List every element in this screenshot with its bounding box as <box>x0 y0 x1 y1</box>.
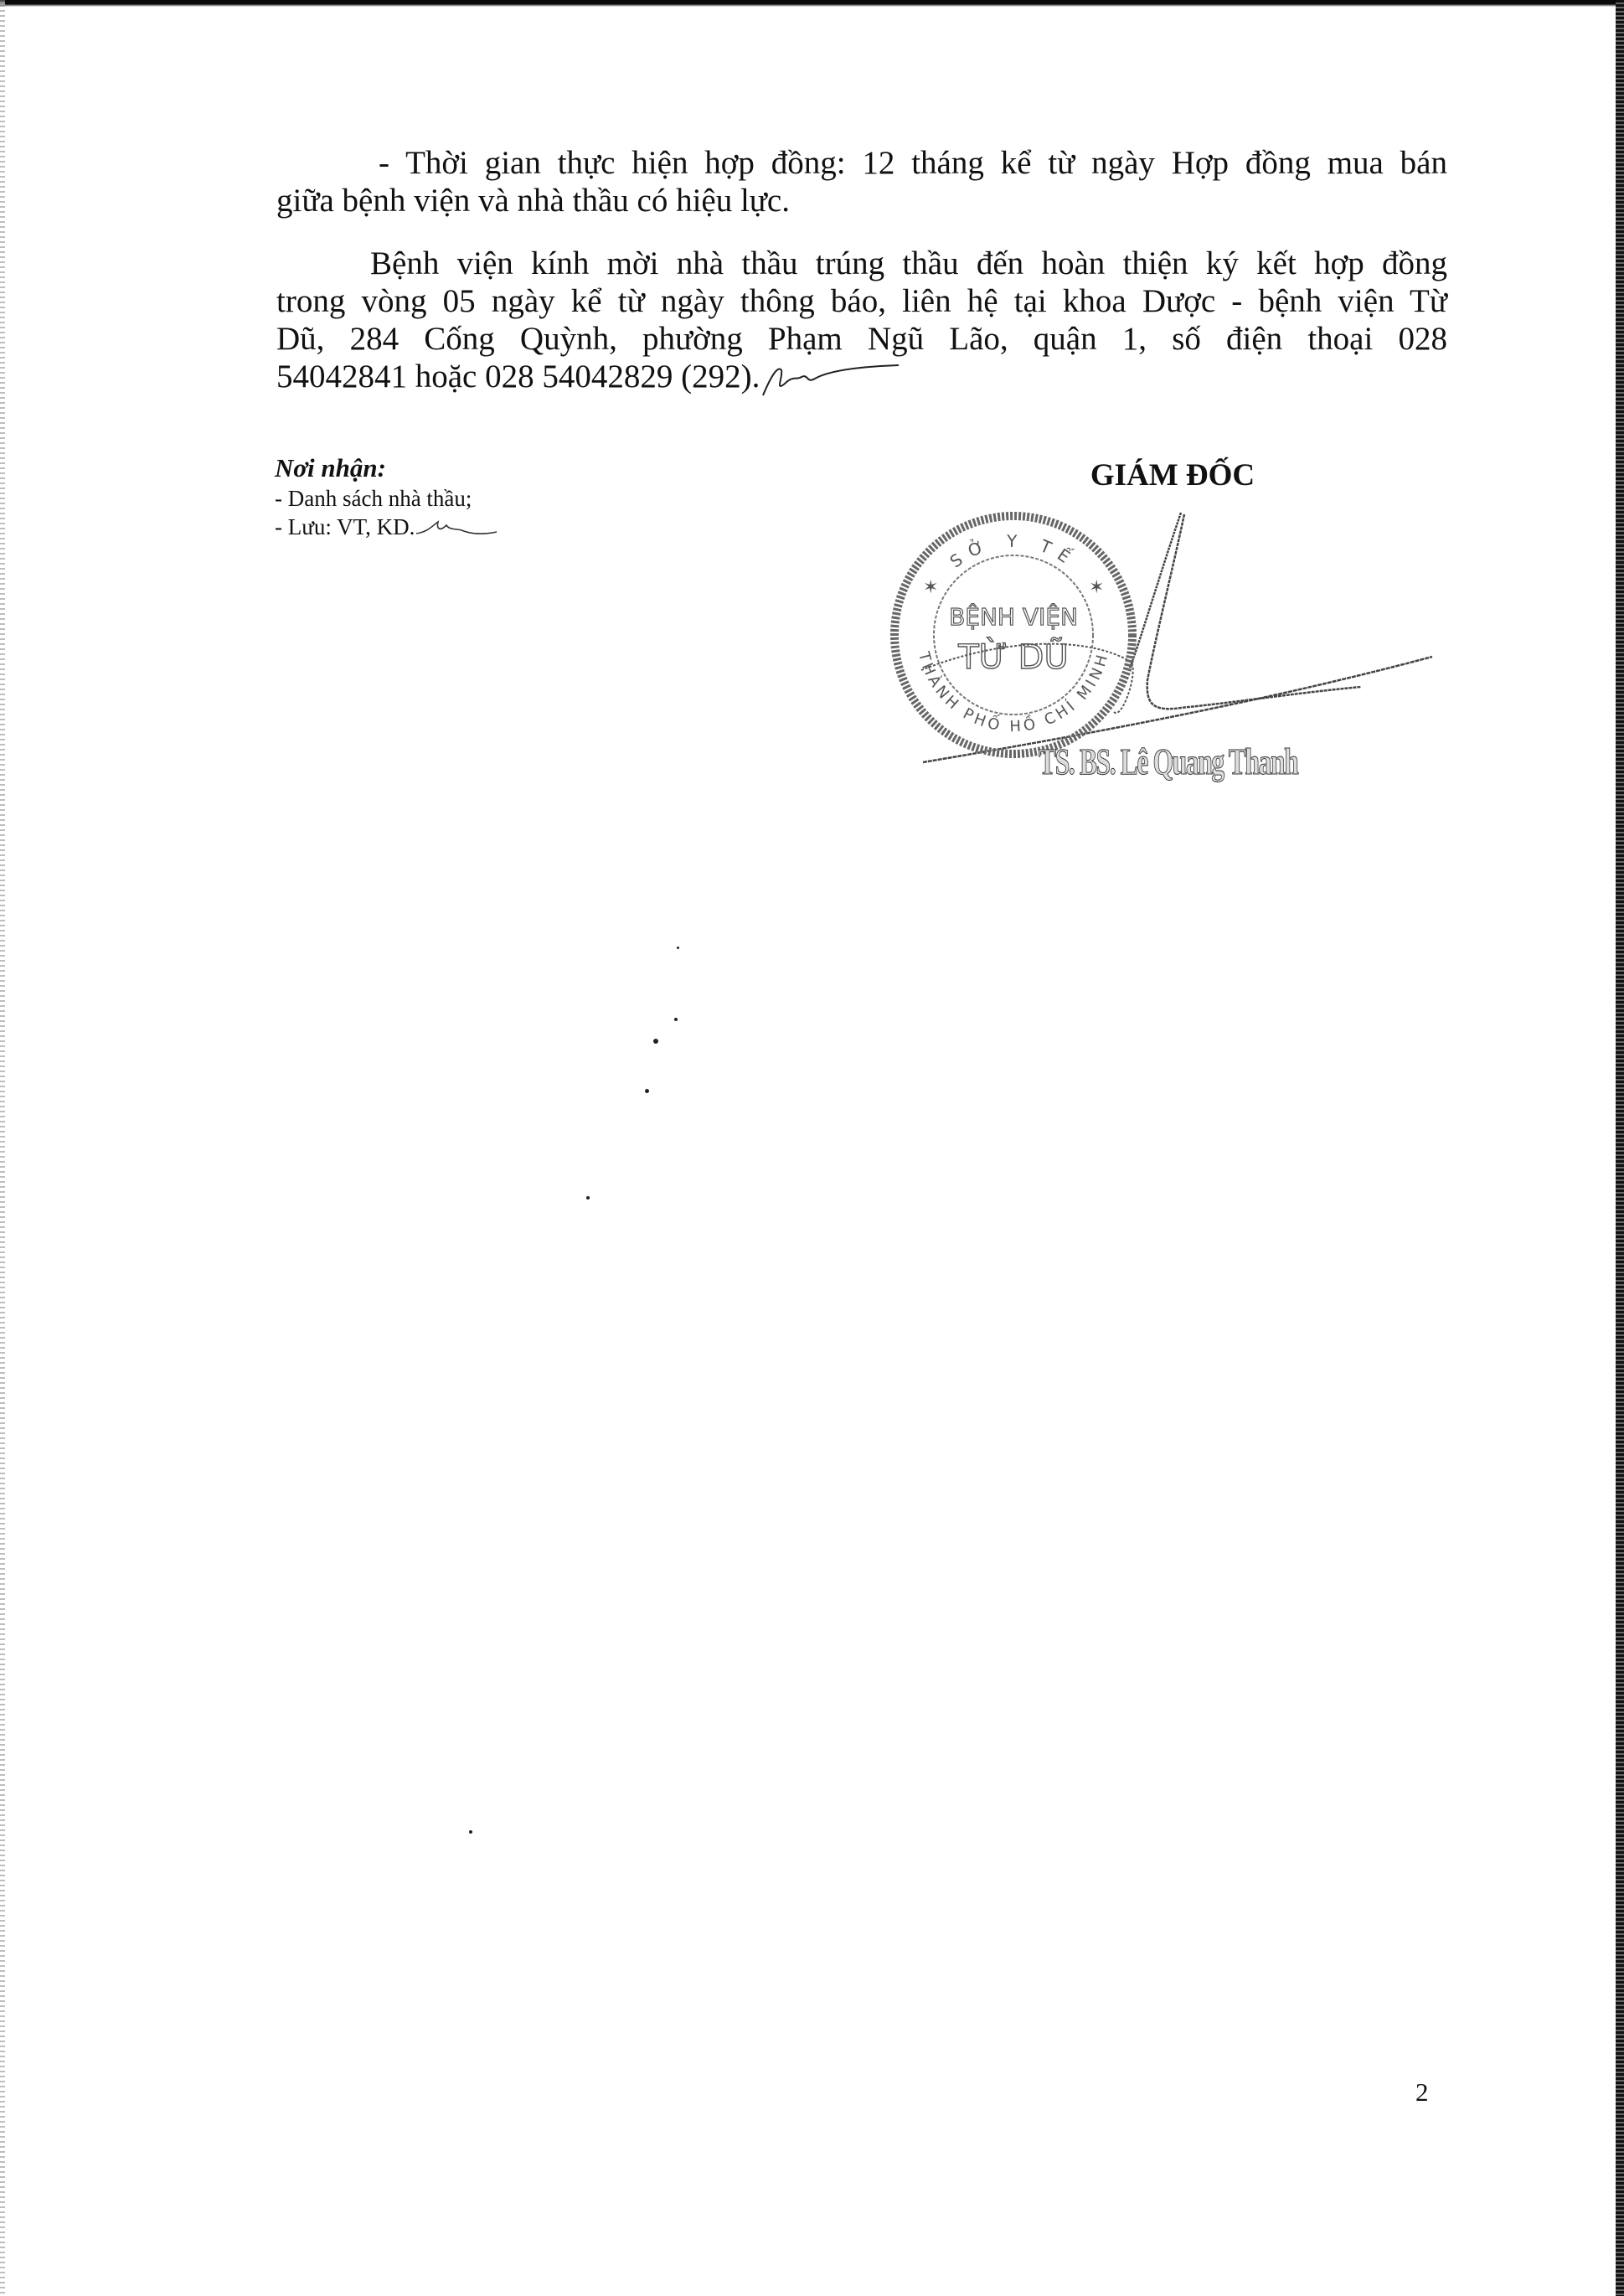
page-number: 2 <box>1415 2077 1429 2108</box>
svg-text:BỆNH VIỆN: BỆNH VIỆN <box>949 602 1078 631</box>
scan-border-top <box>0 0 1624 7</box>
svg-text:SỞ Y TẾ: SỞ Y TẾ <box>946 531 1081 572</box>
invitation-paragraph: Bệnh viện kính mời nhà thầu trúng thầu đ… <box>276 245 1447 400</box>
scan-border-left <box>0 0 5 2296</box>
invitation-line-2: trong vòng 05 ngày kể từ ngày thông báo,… <box>276 282 1447 320</box>
recipients-title: Nơi nhận: <box>275 452 498 484</box>
recipient-item: - Lưu: VT, KD. <box>275 514 415 539</box>
contract-period-line-2: giữa bệnh viện và nhà thầu có hiệu lực. <box>276 182 1447 219</box>
recipients-block: Nơi nhận: - Danh sách nhà thầu; - Lưu: V… <box>275 452 498 542</box>
recipient-item-wrap: - Lưu: VT, KD. <box>275 513 498 542</box>
invitation-line-1: Bệnh viện kính mời nhà thầu trúng thầu đ… <box>276 245 1447 282</box>
signer-name: TS. BS. Lê Quang Thanh <box>1039 740 1297 783</box>
invitation-line-3: Dũ, 284 Cống Quỳnh, phường Phạm Ngũ Lão,… <box>276 320 1447 358</box>
hospital-seal-icon: SỞ Y TẾ THÀNH PHỐ HỒ CHÍ MINH ✶ ✶ BỆNH V… <box>888 509 1139 761</box>
invitation-line-4: 54042841 hoặc 028 54042829 (292). <box>276 359 760 395</box>
scan-speck <box>645 1089 649 1093</box>
recipient-item: - Danh sách nhà thầu; <box>275 484 498 513</box>
scan-speck <box>677 947 679 949</box>
initials-mark-icon <box>415 517 498 542</box>
scan-speck <box>653 1039 658 1044</box>
invitation-line-4-wrap: 54042841 hoặc 028 54042829 (292). <box>276 358 1447 400</box>
director-title: GIÁM ĐỐC <box>1005 457 1340 493</box>
scan-speck <box>469 1830 472 1834</box>
contract-period-paragraph: - Thời gian thực hiện hợp đồng: 12 tháng… <box>276 144 1447 219</box>
svg-text:TỪ DŨ: TỪ DŨ <box>957 636 1069 677</box>
initials-mark-icon <box>760 359 902 400</box>
svg-text:✶: ✶ <box>923 576 938 597</box>
svg-text:✶: ✶ <box>1089 576 1104 597</box>
scan-border-right <box>1616 0 1624 2296</box>
scan-speck <box>674 1018 678 1021</box>
scan-speck <box>586 1196 590 1200</box>
contract-period-line-1: - Thời gian thực hiện hợp đồng: 12 tháng… <box>276 144 1447 182</box>
